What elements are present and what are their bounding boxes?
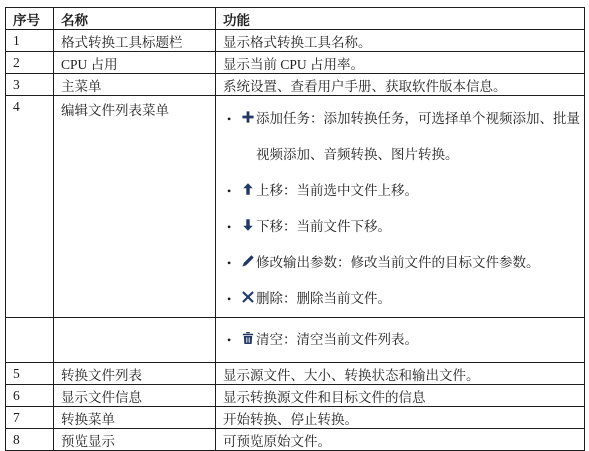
- table-row-clear: • 清空：清空当前文件列表。: [6, 318, 585, 363]
- cell-desc: 开始转换、停止转换。: [216, 407, 585, 429]
- cell-name: 转换文件列表: [54, 363, 216, 385]
- list-item-clear: • 清空：清空当前文件列表。: [221, 322, 580, 358]
- bullet-text: 添加任务：添加转换任务，可选择单个视频添加、批量视频添加、音频转换、图片转换。: [256, 111, 580, 162]
- clear-icon: [242, 332, 254, 344]
- table-row: 7 转换菜单 开始转换、停止转换。: [6, 407, 585, 429]
- table-row: 8 预览显示 可预览原始文件。: [6, 429, 585, 451]
- cell-no: 3: [6, 74, 54, 96]
- cell-no: 8: [6, 429, 54, 451]
- add-icon: [242, 111, 254, 123]
- cell-desc: 显示转换源文件和目标文件的信息: [216, 385, 585, 407]
- cell-no: 1: [6, 30, 54, 52]
- bullet-dot: •: [227, 245, 231, 281]
- cell-desc: 显示格式转换工具名称。: [216, 30, 585, 52]
- bullet-text: 修改输出参数：修改当前文件的目标文件参数。: [256, 255, 540, 270]
- bullet-dot: •: [227, 322, 231, 358]
- cell-desc: 显示当前 CPU 占用率。: [216, 52, 585, 74]
- cell-no: [6, 318, 54, 363]
- cell-name: 转换菜单: [54, 407, 216, 429]
- bullet-dot: •: [227, 281, 231, 317]
- cell-no: 7: [6, 407, 54, 429]
- cell-name: 主菜单: [54, 74, 216, 96]
- delete-icon: [242, 291, 254, 303]
- table-row-edit-menu: 4 编辑文件列表菜单 • 添加任务：添加转换任务，可选择单个视频添加、批量视频添…: [6, 96, 585, 318]
- cell-no: 5: [6, 363, 54, 385]
- table-row: 6 显示文件信息 显示转换源文件和目标文件的信息: [6, 385, 585, 407]
- list-item-add-task: • 添加任务：添加转换任务，可选择单个视频添加、批量视频添加、音频转换、图片转换…: [221, 101, 580, 173]
- bullet-text: 下移：当前文件下移。: [256, 219, 391, 234]
- col-header-name: 名称: [54, 8, 216, 30]
- list-item-delete: • 删除：删除当前文件。: [221, 281, 580, 317]
- move-down-icon: [242, 219, 254, 231]
- cell-name: 编辑文件列表菜单: [54, 96, 216, 318]
- table-row: 3 主菜单 系统设置、查看用户手册、获取软件版本信息。: [6, 74, 585, 96]
- edit-menu-bullet-list: • 添加任务：添加转换任务，可选择单个视频添加、批量视频添加、音频转换、图片转换…: [221, 99, 580, 317]
- cell-no: 2: [6, 52, 54, 74]
- cell-name: CPU 占用: [54, 52, 216, 74]
- bullet-text: 上移：当前选中文件上移。: [256, 183, 418, 198]
- list-item-move-down: • 下移：当前文件下移。: [221, 209, 580, 245]
- col-header-function: 功能: [216, 8, 585, 30]
- clear-bullet-list: • 清空：清空当前文件列表。: [221, 322, 580, 358]
- cell-name: [54, 318, 216, 363]
- bullet-dot: •: [227, 101, 231, 137]
- edit-icon: [242, 255, 254, 267]
- function-description-table: 序号 名称 功能 1 格式转换工具标题栏 显示格式转换工具名称。 2 CPU 占…: [5, 7, 585, 450]
- cell-desc: • 清空：清空当前文件列表。: [216, 318, 585, 363]
- cell-desc: • 添加任务：添加转换任务，可选择单个视频添加、批量视频添加、音频转换、图片转换…: [216, 96, 585, 318]
- bullet-dot: •: [227, 173, 231, 209]
- bullet-dot: •: [227, 209, 231, 245]
- move-up-icon: [242, 183, 254, 195]
- cell-desc: 显示源文件、大小、转换状态和输出文件。: [216, 363, 585, 385]
- cell-desc: 系统设置、查看用户手册、获取软件版本信息。: [216, 74, 585, 96]
- cell-name: 格式转换工具标题栏: [54, 30, 216, 52]
- cell-name: 显示文件信息: [54, 385, 216, 407]
- cell-no: 4: [6, 96, 54, 318]
- cell-no: 6: [6, 385, 54, 407]
- cell-name: 预览显示: [54, 429, 216, 451]
- table-row: 2 CPU 占用 显示当前 CPU 占用率。: [6, 52, 585, 74]
- table-row: 5 转换文件列表 显示源文件、大小、转换状态和输出文件。: [6, 363, 585, 385]
- cell-desc: 可预览原始文件。: [216, 429, 585, 451]
- bullet-text: 删除：删除当前文件。: [256, 291, 391, 306]
- list-item-edit-params: • 修改输出参数：修改当前文件的目标文件参数。: [221, 245, 580, 281]
- list-item-move-up: • 上移：当前选中文件上移。: [221, 173, 580, 209]
- table-row: 1 格式转换工具标题栏 显示格式转换工具名称。: [6, 30, 585, 52]
- bullet-text: 清空：清空当前文件列表。: [256, 332, 418, 347]
- col-header-no: 序号: [6, 8, 54, 30]
- table-header-row: 序号 名称 功能: [6, 8, 585, 30]
